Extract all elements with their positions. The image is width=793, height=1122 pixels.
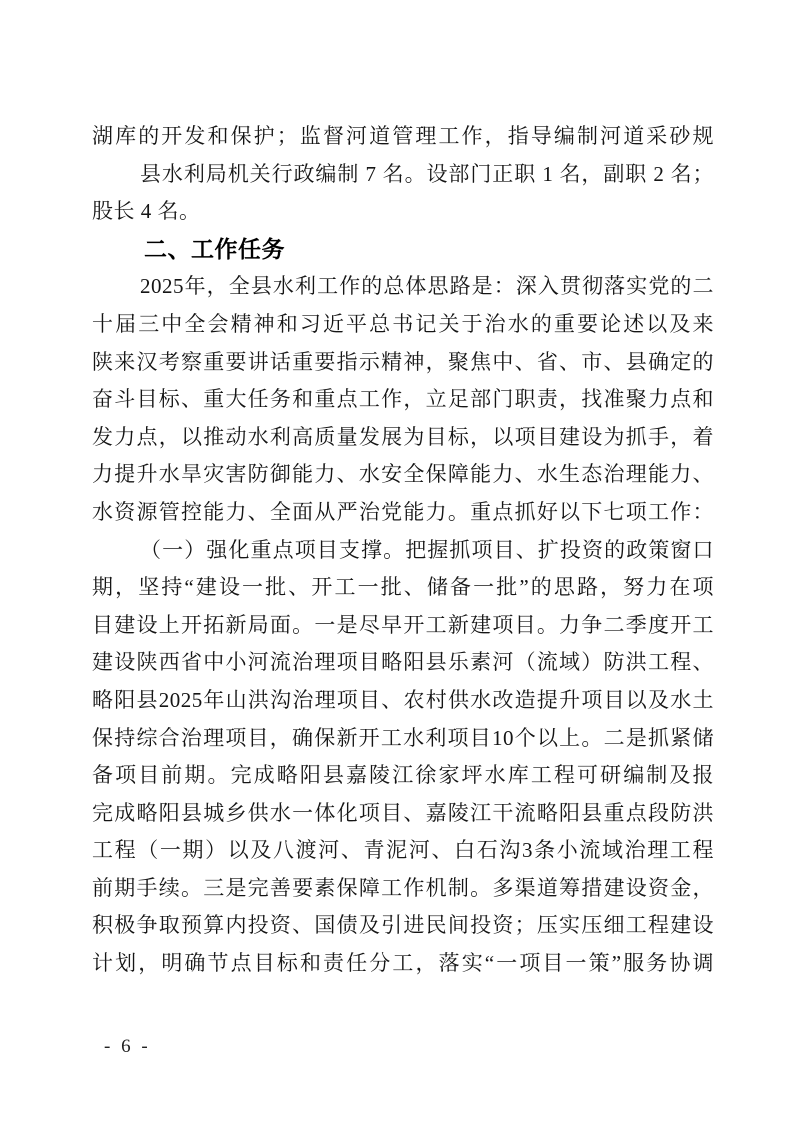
text-line: 奋斗目标、重大任务和重点工作，立足部门职责，找准聚力点和 xyxy=(92,381,714,419)
page-number: - 6 - xyxy=(104,1036,151,1058)
text-line: 2025年，全县水利工作的总体思路是：深入贯彻落实党的二 xyxy=(92,268,714,306)
text-line: 保持综合治理项目，确保新开工水利项目10个以上。二是抓紧储 xyxy=(92,720,714,758)
text-line: 建设陕西省中小河流治理项目略阳县乐素河（流域）防洪工程、 xyxy=(92,644,714,682)
text-line: 略阳县2025年山洪沟治理项目、农村供水改造提升项目以及水土 xyxy=(92,682,714,720)
text-line: 计划，明确节点目标和责任分工，落实“一项目一策”服务协调 xyxy=(92,945,714,983)
section-heading: 二、工作任务 xyxy=(92,231,714,269)
document-page: 湖库的开发和保护；监督河道管理工作，指导编制河道采砂规划； 县水利局机关行政编制… xyxy=(0,0,793,1122)
text-line: 水资源管控能力、全面从严治党能力。重点抓好以下七项工作： xyxy=(92,494,714,532)
text-line: 期，坚持“建设一批、开工一批、储备一批”的思路，努力在项 xyxy=(92,569,714,607)
text-line: 发力点，以推动水利高质量发展为目标，以项目建设为抓手，着 xyxy=(92,419,714,457)
text-line: 湖库的开发和保护；监督河道管理工作，指导编制河道采砂规划； xyxy=(92,118,714,156)
text-line: 工程（一期）以及八渡河、青泥河、白石沟3条小流域治理工程 xyxy=(92,832,714,870)
text-line: 十届三中全会精神和习近平总书记关于治水的重要论述以及来 xyxy=(92,306,714,344)
text-line: 力提升水旱灾害防御能力、水安全保障能力、水生态治理能力、 xyxy=(92,456,714,494)
text-line: 股长 4 名。 xyxy=(92,193,714,231)
text-line: 陕来汉考察重要讲话重要指示精神，聚焦中、省、市、县确定的 xyxy=(92,344,714,382)
text-line: （一）强化重点项目支撑。把握抓项目、扩投资的政策窗口 xyxy=(92,532,714,570)
document-text-block: 湖库的开发和保护；监督河道管理工作，指导编制河道采砂规划； 县水利局机关行政编制… xyxy=(92,118,714,983)
text-line: 完成略阳县城乡供水一体化项目、嘉陵江干流略阳县重点段防洪 xyxy=(92,795,714,833)
text-line: 县水利局机关行政编制 7 名。设部门正职 1 名，副职 2 名； xyxy=(92,156,714,194)
text-line: 前期手续。三是完善要素保障工作机制。多渠道筹措建设资金， xyxy=(92,870,714,908)
text-line: 积极争取预算内投资、国债及引进民间投资；压实压细工程建设 xyxy=(92,907,714,945)
text-line: 备项目前期。完成略阳县嘉陵江徐家坪水库工程可研编制及报批， xyxy=(92,757,714,795)
text-line: 目建设上开拓新局面。一是尽早开工新建项目。力争二季度开工 xyxy=(92,607,714,645)
